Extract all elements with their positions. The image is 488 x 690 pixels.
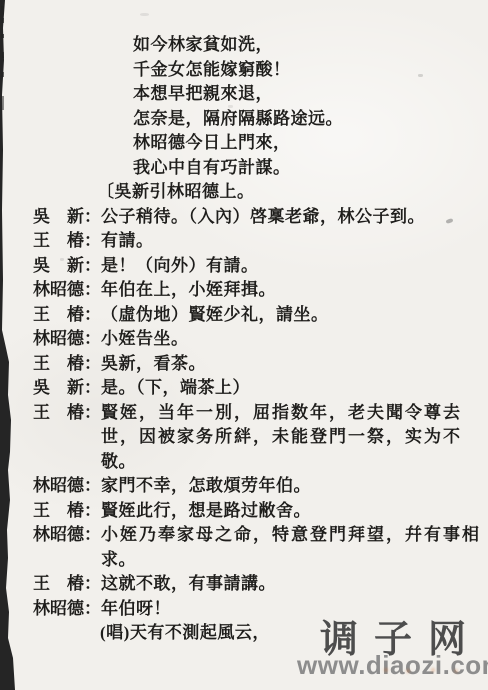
speaker-name: 王 椿： — [33, 303, 101, 328]
verse-line: 怎奈是，隔府隔縣路途远。 — [133, 109, 343, 128]
script-line: 求。 — [0, 548, 488, 573]
dialogue-text: 求。 — [101, 550, 136, 569]
watermark-ghost-text — [378, 666, 464, 675]
dialogue-text: 有請。 — [101, 231, 154, 250]
speaker-name: 吳 新： — [33, 254, 101, 279]
verse-line: 千金女怎能嫁窮酸！ — [133, 60, 291, 79]
script-line: 千金女怎能嫁窮酸！ — [0, 58, 488, 83]
speaker-name: 林昭德： — [33, 597, 101, 622]
script-line: 敬。 — [0, 450, 488, 475]
speaker-name: 王 椿： — [33, 352, 101, 377]
script-line: 林昭德：小姪告坐。 — [0, 327, 488, 352]
dialogue-text: 吳新，看茶。 — [101, 354, 206, 373]
dialogue-text: 是。（下，端茶上） — [101, 378, 250, 397]
dialogue-text: 年伯呀！ — [101, 599, 171, 618]
sung-line: (唱)天有不測起風云， — [100, 623, 270, 642]
speaker-name: 王 椿： — [33, 229, 101, 254]
script-line: 林昭德：年伯在上，小姪拜揖。 — [0, 278, 488, 303]
speaker-name: 吳 新： — [33, 376, 101, 401]
dialogue-text: 这就不敢，有事請講。 — [101, 574, 276, 593]
stage-direction: 〔吳新引林昭德上。 — [97, 182, 255, 201]
speaker-name: 吳 新： — [33, 205, 101, 230]
script-line: 王 椿：吳新，看茶。 — [0, 352, 488, 377]
script-line: 怎奈是，隔府隔縣路途远。 — [0, 107, 488, 132]
script-line: 我心中自有巧計謀。 — [0, 156, 488, 181]
dialogue-text: （虛伪地）賢姪少礼，請坐。 — [101, 305, 329, 324]
speaker-name: 林昭德： — [33, 327, 101, 352]
dialogue-text: 賢姪，当年一別，屈指数年，老夫聞令尊去 — [101, 403, 462, 422]
dialogue-text: 小姪乃奉家母之命，特意登門拜望，幷有事相 — [101, 525, 481, 544]
speaker-name: 林昭德： — [33, 523, 101, 548]
dialogue-text: 家門不幸，怎敢煩劳年伯。 — [101, 476, 311, 495]
script-line: 林昭德今日上門來， — [0, 131, 488, 156]
verse-line: 林昭德今日上門來， — [133, 133, 291, 152]
dialogue-text: 賢姪此行，想是路过敝舍。 — [101, 501, 311, 520]
script-line: 〔吳新引林昭德上。 — [0, 180, 488, 205]
script-line: 林昭德：家門不幸，怎敢煩劳年伯。 — [0, 474, 488, 499]
speaker-name: 王 椿： — [33, 401, 101, 426]
dialogue-text: 小姪告坐。 — [101, 329, 189, 348]
speaker-name: 王 椿： — [33, 499, 101, 524]
speaker-name: 林昭德： — [33, 278, 101, 303]
script-line: 本想早把親來退， — [0, 82, 488, 107]
dialogue-text: 年伯在上，小姪拜揖。 — [101, 280, 276, 299]
script-line: 王 椿：賢姪此行，想是路过敝舍。 — [0, 499, 488, 524]
dialogue-text: 是！（向外）有請。 — [101, 256, 259, 275]
dialogue-text: 敬。 — [101, 452, 136, 471]
verse-line: 我心中自有巧計謀。 — [133, 158, 291, 177]
script-line: 王 椿：这就不敢，有事請講。 — [0, 572, 488, 597]
verse-line: 如今林家貧如洗， — [133, 35, 273, 54]
scanned-script-page: 如今林家貧如洗， 千金女怎能嫁窮酸！ 本想早把親來退， 怎奈是，隔府隔縣路途远。… — [0, 0, 488, 690]
script-line: 吳 新：是！（向外）有請。 — [0, 254, 488, 279]
script-line: 王 椿：（虛伪地）賢姪少礼，請坐。 — [0, 303, 488, 328]
speaker-name: 林昭德： — [33, 474, 101, 499]
speaker-name: 王 椿： — [33, 572, 101, 597]
script-text-block: 如今林家貧如洗， 千金女怎能嫁窮酸！ 本想早把親來退， 怎奈是，隔府隔縣路途远。… — [0, 33, 488, 646]
script-line: 林昭德：小姪乃奉家母之命，特意登門拜望，幷有事相 — [0, 523, 488, 548]
scan-speck — [140, 13, 149, 16]
script-line: 王 椿：賢姪，当年一別，屈指数年，老夫聞令尊去 — [0, 401, 488, 426]
script-line: 王 椿：有請。 — [0, 229, 488, 254]
verse-line: 本想早把親來退， — [133, 84, 273, 103]
script-line: 如今林家貧如洗， — [0, 33, 488, 58]
script-line: 世，因被家务所絆，未能登門一祭，实为不 — [0, 425, 488, 450]
script-line: 吳 新：公子稍待。（入內）啓稟老爺，林公子到。 — [0, 205, 488, 230]
script-line: 吳 新：是。（下，端茶上） — [0, 376, 488, 401]
dialogue-text: 公子稍待。（入內）啓稟老爺，林公子到。 — [101, 207, 425, 226]
dialogue-text: 世，因被家务所絆，未能登門一祭，实为不 — [101, 427, 462, 446]
